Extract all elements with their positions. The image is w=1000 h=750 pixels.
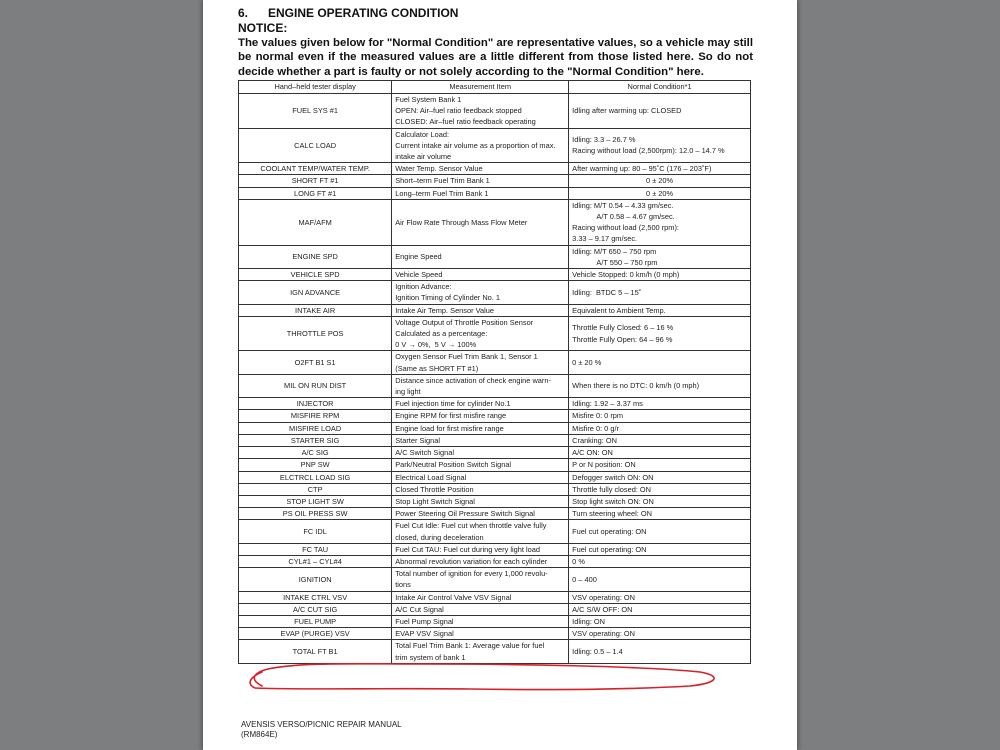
- measurement-item-line: Air Flow Rate Through Mass Flow Meter: [395, 217, 565, 228]
- normal-condition-cell: Idling: M/T 650 – 750 rpm A/T 550 – 750 …: [569, 245, 751, 268]
- section-number: 6.: [238, 6, 268, 20]
- normal-condition-line: Fuel cut operating: ON: [572, 544, 747, 555]
- table-row: MISFIRE LOADEngine load for first misfir…: [239, 422, 751, 434]
- normal-condition-line: Idling: M/T 0.54 – 4.33 gm/sec.: [572, 200, 747, 211]
- measurement-item-cell: A/C Switch Signal: [392, 447, 569, 459]
- normal-condition-line: Idling: 1.92 – 3.37 ms: [572, 398, 747, 409]
- measurement-item-line: Voltage Output of Throttle Position Sens…: [395, 317, 565, 328]
- normal-condition-cell: After warming up: 80 – 95˚C (176 – 203˚F…: [569, 163, 751, 175]
- table-row: O2FT B1 S1Oxygen Sensor Fuel Trim Bank 1…: [239, 351, 751, 374]
- measurement-item-cell: Closed Throttle Position: [392, 483, 569, 495]
- measurement-item-line: Calculator Load:: [395, 129, 565, 140]
- normal-condition-cell: VSV operating: ON: [569, 628, 751, 640]
- table-header-row: Hand–held tester display Measurement Ite…: [239, 81, 751, 94]
- measurement-item-cell: Power Steering Oil Pressure Switch Signa…: [392, 508, 569, 520]
- measurement-item-cell: Total number of ignition for every 1,000…: [392, 568, 569, 591]
- measurement-item-line: Calculated as a percentage:: [395, 328, 565, 339]
- measurement-item-cell: Air Flow Rate Through Mass Flow Meter: [392, 199, 569, 245]
- table-row: IGNITIONTotal number of ignition for eve…: [239, 568, 751, 591]
- tester-display-cell: MIL ON RUN DIST: [239, 374, 392, 397]
- normal-condition-line: A/T 550 – 750 rpm: [572, 257, 747, 268]
- tester-display-cell: PNP SW: [239, 459, 392, 471]
- normal-condition-line: Turn steering wheel: ON: [572, 508, 747, 519]
- measurement-item-cell: Engine Speed: [392, 245, 569, 268]
- table-row: THROTTLE POSVoltage Output of Throttle P…: [239, 316, 751, 351]
- table-row: CTPClosed Throttle PositionThrottle full…: [239, 483, 751, 495]
- measurement-item-line: Abnormal revolution variation for each c…: [395, 556, 565, 567]
- tester-display-cell: FC IDL: [239, 520, 392, 543]
- measurement-item-cell: Fuel injection time for cylinder No.1: [392, 398, 569, 410]
- header-tester-display: Hand–held tester display: [239, 81, 392, 94]
- measurement-item-cell: Calculator Load:Current intake air volum…: [392, 128, 569, 163]
- measurement-item-line: tions: [395, 579, 565, 590]
- normal-condition-cell: Throttle Fully Closed: 6 – 16 %Throttle …: [569, 316, 751, 351]
- normal-condition-line: 0 ± 20%: [572, 188, 747, 199]
- notice-text: The values given below for "Normal Condi…: [238, 36, 753, 79]
- tester-display-cell: MISFIRE RPM: [239, 410, 392, 422]
- normal-condition-cell: 0 ± 20 %: [569, 351, 751, 374]
- table-row: INJECTORFuel injection time for cylinder…: [239, 398, 751, 410]
- measurement-item-line: Water Temp. Sensor Value: [395, 163, 565, 174]
- measurement-item-cell: Abnormal revolution variation for each c…: [392, 555, 569, 567]
- table-row: FC TAUFuel Cut TAU: Fuel cut during very…: [239, 543, 751, 555]
- normal-condition-line: 0 – 400: [572, 574, 747, 585]
- table-row: MAF/AFMAir Flow Rate Through Mass Flow M…: [239, 199, 751, 245]
- measurement-item-line: Fuel System Bank 1: [395, 94, 565, 105]
- normal-condition-cell: Misfire 0: 0 g/r: [569, 422, 751, 434]
- measurement-item-cell: Vehicle Speed: [392, 269, 569, 281]
- normal-condition-line: Idling: 0.5 – 1.4: [572, 646, 747, 657]
- measurement-item-line: Distance since activation of check engin…: [395, 375, 565, 386]
- tester-display-cell: LONG FT #1: [239, 187, 392, 199]
- table-row: INTAKE AIRIntake Air Temp. Sensor ValueE…: [239, 304, 751, 316]
- normal-condition-line: P or N position: ON: [572, 459, 747, 470]
- measurement-item-line: Long–term Fuel Trim Bank 1: [395, 188, 565, 199]
- header-measurement-item: Measurement Item: [392, 81, 569, 94]
- normal-condition-cell: Vehicle Stopped: 0 km/h (0 mph): [569, 269, 751, 281]
- measurement-item-line: closed, during deceleration: [395, 532, 565, 543]
- normal-condition-cell: Stop light switch ON: ON: [569, 495, 751, 507]
- measurement-item-cell: Intake Air Temp. Sensor Value: [392, 304, 569, 316]
- measurement-item-cell: Total Fuel Trim Bank 1: Average value fo…: [392, 640, 569, 663]
- table-row: TOTAL FT B1Total Fuel Trim Bank 1: Avera…: [239, 640, 751, 663]
- measurement-item-line: Total Fuel Trim Bank 1: Average value fo…: [395, 640, 565, 651]
- normal-condition-cell: VSV operating: ON: [569, 591, 751, 603]
- normal-condition-line: VSV operating: ON: [572, 628, 747, 639]
- table-row: VEHICLE SPDVehicle SpeedVehicle Stopped:…: [239, 269, 751, 281]
- tester-display-cell: CTP: [239, 483, 392, 495]
- table-row: CYL#1 – CYL#4Abnormal revolution variati…: [239, 555, 751, 567]
- measurement-item-cell: Distance since activation of check engin…: [392, 374, 569, 397]
- measurement-item-cell: Voltage Output of Throttle Position Sens…: [392, 316, 569, 351]
- normal-condition-cell: Defogger switch ON: ON: [569, 471, 751, 483]
- measurement-item-line: Vehicle Speed: [395, 269, 565, 280]
- measurement-item-line: Stop Light Switch Signal: [395, 496, 565, 507]
- measurement-item-line: Power Steering Oil Pressure Switch Signa…: [395, 508, 565, 519]
- tester-display-cell: STARTER SIG: [239, 434, 392, 446]
- table-row: IGN ADVANCEIgnition Advance:Ignition Tim…: [239, 281, 751, 304]
- table-row: SHORT FT #1Short–term Fuel Trim Bank 10 …: [239, 175, 751, 187]
- tester-display-cell: FC TAU: [239, 543, 392, 555]
- manual-footer: AVENSIS VERSO/PICNIC REPAIR MANUAL (RM86…: [241, 720, 402, 739]
- tester-display-cell: ELCTRCL LOAD SIG: [239, 471, 392, 483]
- normal-condition-cell: Fuel cut operating: ON: [569, 520, 751, 543]
- measurement-item-line: Electrical Load Signal: [395, 472, 565, 483]
- normal-condition-line: Misfire 0: 0 g/r: [572, 423, 747, 434]
- measurement-item-line: Park/Neutral Position Switch Signal: [395, 459, 565, 470]
- table-row: A/C CUT SIGA/C Cut SignalA/C S/W OFF: ON: [239, 603, 751, 615]
- measurement-item-line: Fuel Cut Idle: Fuel cut when throttle va…: [395, 520, 565, 531]
- measurement-item-line: Short–term Fuel Trim Bank 1: [395, 175, 565, 186]
- table-row: ELCTRCL LOAD SIGElectrical Load SignalDe…: [239, 471, 751, 483]
- manual-page: 6.ENGINE OPERATING CONDITION NOTICE: The…: [203, 0, 797, 750]
- measurement-item-cell: Fuel Pump Signal: [392, 615, 569, 627]
- normal-condition-line: After warming up: 80 – 95˚C (176 – 203˚F…: [572, 163, 747, 174]
- measurement-item-line: Engine load for first misfire range: [395, 423, 565, 434]
- table-row: FC IDLFuel Cut Idle: Fuel cut when throt…: [239, 520, 751, 543]
- normal-condition-line: Idling: ON: [572, 616, 747, 627]
- measurement-item-line: 0 V → 0%, 5 V → 100%: [395, 339, 565, 350]
- measurement-item-cell: Short–term Fuel Trim Bank 1: [392, 175, 569, 187]
- measurement-item-line: OPEN: Air–fuel ratio feedback stopped: [395, 105, 565, 116]
- normal-condition-line: A/T 0.58 – 4.67 gm/sec.: [572, 211, 747, 222]
- normal-condition-cell: 0 – 400: [569, 568, 751, 591]
- table-row: COOLANT TEMP/WATER TEMP.Water Temp. Sens…: [239, 163, 751, 175]
- measurement-item-cell: Electrical Load Signal: [392, 471, 569, 483]
- normal-condition-cell: Cranking: ON: [569, 434, 751, 446]
- tester-display-cell: CYL#1 – CYL#4: [239, 555, 392, 567]
- measurement-item-line: Fuel Cut TAU: Fuel cut during very light…: [395, 544, 565, 555]
- normal-condition-line: When there is no DTC: 0 km/h (0 mph): [572, 380, 747, 391]
- measurement-item-line: Total number of ignition for every 1,000…: [395, 568, 565, 579]
- normal-condition-line: Idling: M/T 650 – 750 rpm: [572, 246, 747, 257]
- measurement-item-line: Starter Signal: [395, 435, 565, 446]
- tester-display-cell: IGN ADVANCE: [239, 281, 392, 304]
- table-row: PNP SWPark/Neutral Position Switch Signa…: [239, 459, 751, 471]
- table-row: STOP LIGHT SWStop Light Switch SignalSto…: [239, 495, 751, 507]
- normal-condition-line: Idling: BTDC 5 – 15˚: [572, 287, 747, 298]
- measurement-item-cell: Fuel Cut Idle: Fuel cut when throttle va…: [392, 520, 569, 543]
- measurement-item-line: Fuel injection time for cylinder No.1: [395, 398, 565, 409]
- tester-display-cell: SHORT FT #1: [239, 175, 392, 187]
- normal-condition-line: Throttle fully closed: ON: [572, 484, 747, 495]
- table-row: LONG FT #1Long–term Fuel Trim Bank 10 ± …: [239, 187, 751, 199]
- measurement-item-line: intake air volume: [395, 151, 565, 162]
- measurement-item-line: EVAP VSV Signal: [395, 628, 565, 639]
- normal-condition-cell: Idling: 1.92 – 3.37 ms: [569, 398, 751, 410]
- measurement-item-line: A/C Cut Signal: [395, 604, 565, 615]
- measurement-item-line: Ignition Advance:: [395, 281, 565, 292]
- normal-condition-line: A/C ON: ON: [572, 447, 747, 458]
- tester-display-cell: A/C SIG: [239, 447, 392, 459]
- measurement-item-line: A/C Switch Signal: [395, 447, 565, 458]
- normal-condition-cell: A/C ON: ON: [569, 447, 751, 459]
- measurement-item-cell: A/C Cut Signal: [392, 603, 569, 615]
- tester-display-cell: STOP LIGHT SW: [239, 495, 392, 507]
- normal-condition-line: Fuel cut operating: ON: [572, 526, 747, 537]
- measurement-item-cell: Long–term Fuel Trim Bank 1: [392, 187, 569, 199]
- normal-condition-line: Throttle Fully Closed: 6 – 16 %: [572, 322, 747, 333]
- normal-condition-cell: 0 ± 20%: [569, 175, 751, 187]
- normal-condition-cell: Turn steering wheel: ON: [569, 508, 751, 520]
- normal-condition-line: A/C S/W OFF: ON: [572, 604, 747, 615]
- header-normal-condition: Normal Condition*1: [569, 81, 751, 94]
- normal-condition-line: Throttle Fully Open: 64 – 96 %: [572, 334, 747, 345]
- measurement-item-cell: Oxygen Sensor Fuel Trim Bank 1, Sensor 1…: [392, 351, 569, 374]
- normal-condition-cell: Idling after warming up: CLOSED: [569, 94, 751, 129]
- measurement-item-cell: Engine RPM for first misfire range: [392, 410, 569, 422]
- normal-condition-line: Idling: 3.3 – 26.7 %: [572, 134, 747, 145]
- measurement-item-line: Oxygen Sensor Fuel Trim Bank 1, Sensor 1: [395, 351, 565, 362]
- measurement-item-line: CLOSED: Air–fuel ratio feedback operatin…: [395, 116, 565, 127]
- normal-condition-line: Stop light switch ON: ON: [572, 496, 747, 507]
- normal-condition-line: 0 ± 20%: [572, 175, 747, 186]
- normal-condition-line: Misfire 0: 0 rpm: [572, 410, 747, 421]
- tester-display-cell: COOLANT TEMP/WATER TEMP.: [239, 163, 392, 175]
- measurement-item-line: Intake Air Temp. Sensor Value: [395, 305, 565, 316]
- normal-condition-cell: Idling: BTDC 5 – 15˚: [569, 281, 751, 304]
- measurement-item-line: (Same as SHORT FT #1): [395, 363, 565, 374]
- notice-label: NOTICE:: [238, 21, 287, 35]
- measurement-item-cell: Water Temp. Sensor Value: [392, 163, 569, 175]
- normal-condition-cell: When there is no DTC: 0 km/h (0 mph): [569, 374, 751, 397]
- measurement-item-line: Current intake air volume as a proportio…: [395, 140, 565, 151]
- table-row: MISFIRE RPMEngine RPM for first misfire …: [239, 410, 751, 422]
- measurement-item-line: Engine RPM for first misfire range: [395, 410, 565, 421]
- tester-display-cell: MAF/AFM: [239, 199, 392, 245]
- table-body: FUEL SYS #1Fuel System Bank 1OPEN: Air–f…: [239, 94, 751, 664]
- normal-condition-line: Defogger switch ON: ON: [572, 472, 747, 483]
- normal-condition-line: Equivalent to Ambient Temp.: [572, 305, 747, 316]
- normal-condition-cell: Idling: ON: [569, 615, 751, 627]
- tester-display-cell: THROTTLE POS: [239, 316, 392, 351]
- normal-condition-line: 0 ± 20 %: [572, 357, 747, 368]
- table-row: MIL ON RUN DISTDistance since activation…: [239, 374, 751, 397]
- tester-display-cell: A/C CUT SIG: [239, 603, 392, 615]
- normal-condition-line: Racing without load (2,500rpm): 12.0 – 1…: [572, 145, 747, 156]
- normal-condition-cell: A/C S/W OFF: ON: [569, 603, 751, 615]
- measurement-item-line: trim system of bank 1: [395, 652, 565, 663]
- measurement-item-cell: Intake Air Control Valve VSV Signal: [392, 591, 569, 603]
- tester-display-cell: O2FT B1 S1: [239, 351, 392, 374]
- normal-condition-line: VSV operating: ON: [572, 592, 747, 603]
- normal-condition-line: Cranking: ON: [572, 435, 747, 446]
- section-title: 6.ENGINE OPERATING CONDITION: [238, 6, 458, 20]
- tester-display-cell: PS OIL PRESS SW: [239, 508, 392, 520]
- engine-operating-condition-table: Hand–held tester display Measurement Ite…: [238, 80, 751, 664]
- tester-display-cell: ENGINE SPD: [239, 245, 392, 268]
- tester-display-cell: FUEL PUMP: [239, 615, 392, 627]
- manual-code: (RM864E): [241, 730, 402, 740]
- tester-display-cell: CALC LOAD: [239, 128, 392, 163]
- normal-condition-cell: 0 %: [569, 555, 751, 567]
- measurement-item-cell: Stop Light Switch Signal: [392, 495, 569, 507]
- table-row-highlighted: EVAP (PURGE) VSVEVAP VSV SignalVSV opera…: [239, 628, 751, 640]
- tester-display-cell: INJECTOR: [239, 398, 392, 410]
- measurement-item-line: Engine Speed: [395, 251, 565, 262]
- measurement-item-line: Intake Air Control Valve VSV Signal: [395, 592, 565, 603]
- tester-display-cell: VEHICLE SPD: [239, 269, 392, 281]
- normal-condition-line: 0 %: [572, 556, 747, 567]
- tester-display-cell: IGNITION: [239, 568, 392, 591]
- measurement-item-cell: Fuel System Bank 1OPEN: Air–fuel ratio f…: [392, 94, 569, 129]
- normal-condition-line: Vehicle Stopped: 0 km/h (0 mph): [572, 269, 747, 280]
- normal-condition-cell: Fuel cut operating: ON: [569, 543, 751, 555]
- normal-condition-cell: Misfire 0: 0 rpm: [569, 410, 751, 422]
- measurement-item-cell: Engine load for first misfire range: [392, 422, 569, 434]
- table-row: PS OIL PRESS SWPower Steering Oil Pressu…: [239, 508, 751, 520]
- normal-condition-line: Idling after warming up: CLOSED: [572, 105, 747, 116]
- table-row: FUEL PUMPFuel Pump SignalIdling: ON: [239, 615, 751, 627]
- measurement-item-line: Fuel Pump Signal: [395, 616, 565, 627]
- tester-display-cell: EVAP (PURGE) VSV: [239, 628, 392, 640]
- normal-condition-cell: P or N position: ON: [569, 459, 751, 471]
- tester-display-cell: INTAKE CTRL VSV: [239, 591, 392, 603]
- measurement-item-cell: Starter Signal: [392, 434, 569, 446]
- measurement-item-cell: Fuel Cut TAU: Fuel cut during very light…: [392, 543, 569, 555]
- table-row: FUEL SYS #1Fuel System Bank 1OPEN: Air–f…: [239, 94, 751, 129]
- measurement-item-cell: Park/Neutral Position Switch Signal: [392, 459, 569, 471]
- measurement-item-line: Closed Throttle Position: [395, 484, 565, 495]
- tester-display-cell: INTAKE AIR: [239, 304, 392, 316]
- normal-condition-cell: Idling: 0.5 – 1.4: [569, 640, 751, 663]
- measurement-item-cell: EVAP VSV Signal: [392, 628, 569, 640]
- tester-display-cell: MISFIRE LOAD: [239, 422, 392, 434]
- measurement-item-line: ing light: [395, 386, 565, 397]
- manual-title: AVENSIS VERSO/PICNIC REPAIR MANUAL: [241, 720, 402, 730]
- normal-condition-cell: Equivalent to Ambient Temp.: [569, 304, 751, 316]
- table-row: A/C SIGA/C Switch SignalA/C ON: ON: [239, 447, 751, 459]
- measurement-item-cell: Ignition Advance:Ignition Timing of Cyli…: [392, 281, 569, 304]
- normal-condition-cell: Idling: M/T 0.54 – 4.33 gm/sec. A/T 0.58…: [569, 199, 751, 245]
- normal-condition-line: Racing without load (2,500 rpm):: [572, 222, 747, 233]
- table-row: CALC LOADCalculator Load:Current intake …: [239, 128, 751, 163]
- normal-condition-cell: Throttle fully closed: ON: [569, 483, 751, 495]
- tester-display-cell: FUEL SYS #1: [239, 94, 392, 129]
- section-title-text: ENGINE OPERATING CONDITION: [268, 6, 458, 20]
- measurement-item-line: Ignition Timing of Cylinder No. 1: [395, 292, 565, 303]
- normal-condition-cell: Idling: 3.3 – 26.7 %Racing without load …: [569, 128, 751, 163]
- normal-condition-cell: 0 ± 20%: [569, 187, 751, 199]
- table-row: STARTER SIGStarter SignalCranking: ON: [239, 434, 751, 446]
- table-row: ENGINE SPDEngine SpeedIdling: M/T 650 – …: [239, 245, 751, 268]
- table-row: INTAKE CTRL VSVIntake Air Control Valve …: [239, 591, 751, 603]
- tester-display-cell: TOTAL FT B1: [239, 640, 392, 663]
- normal-condition-line: 3.33 – 9.17 gm/sec.: [572, 233, 747, 244]
